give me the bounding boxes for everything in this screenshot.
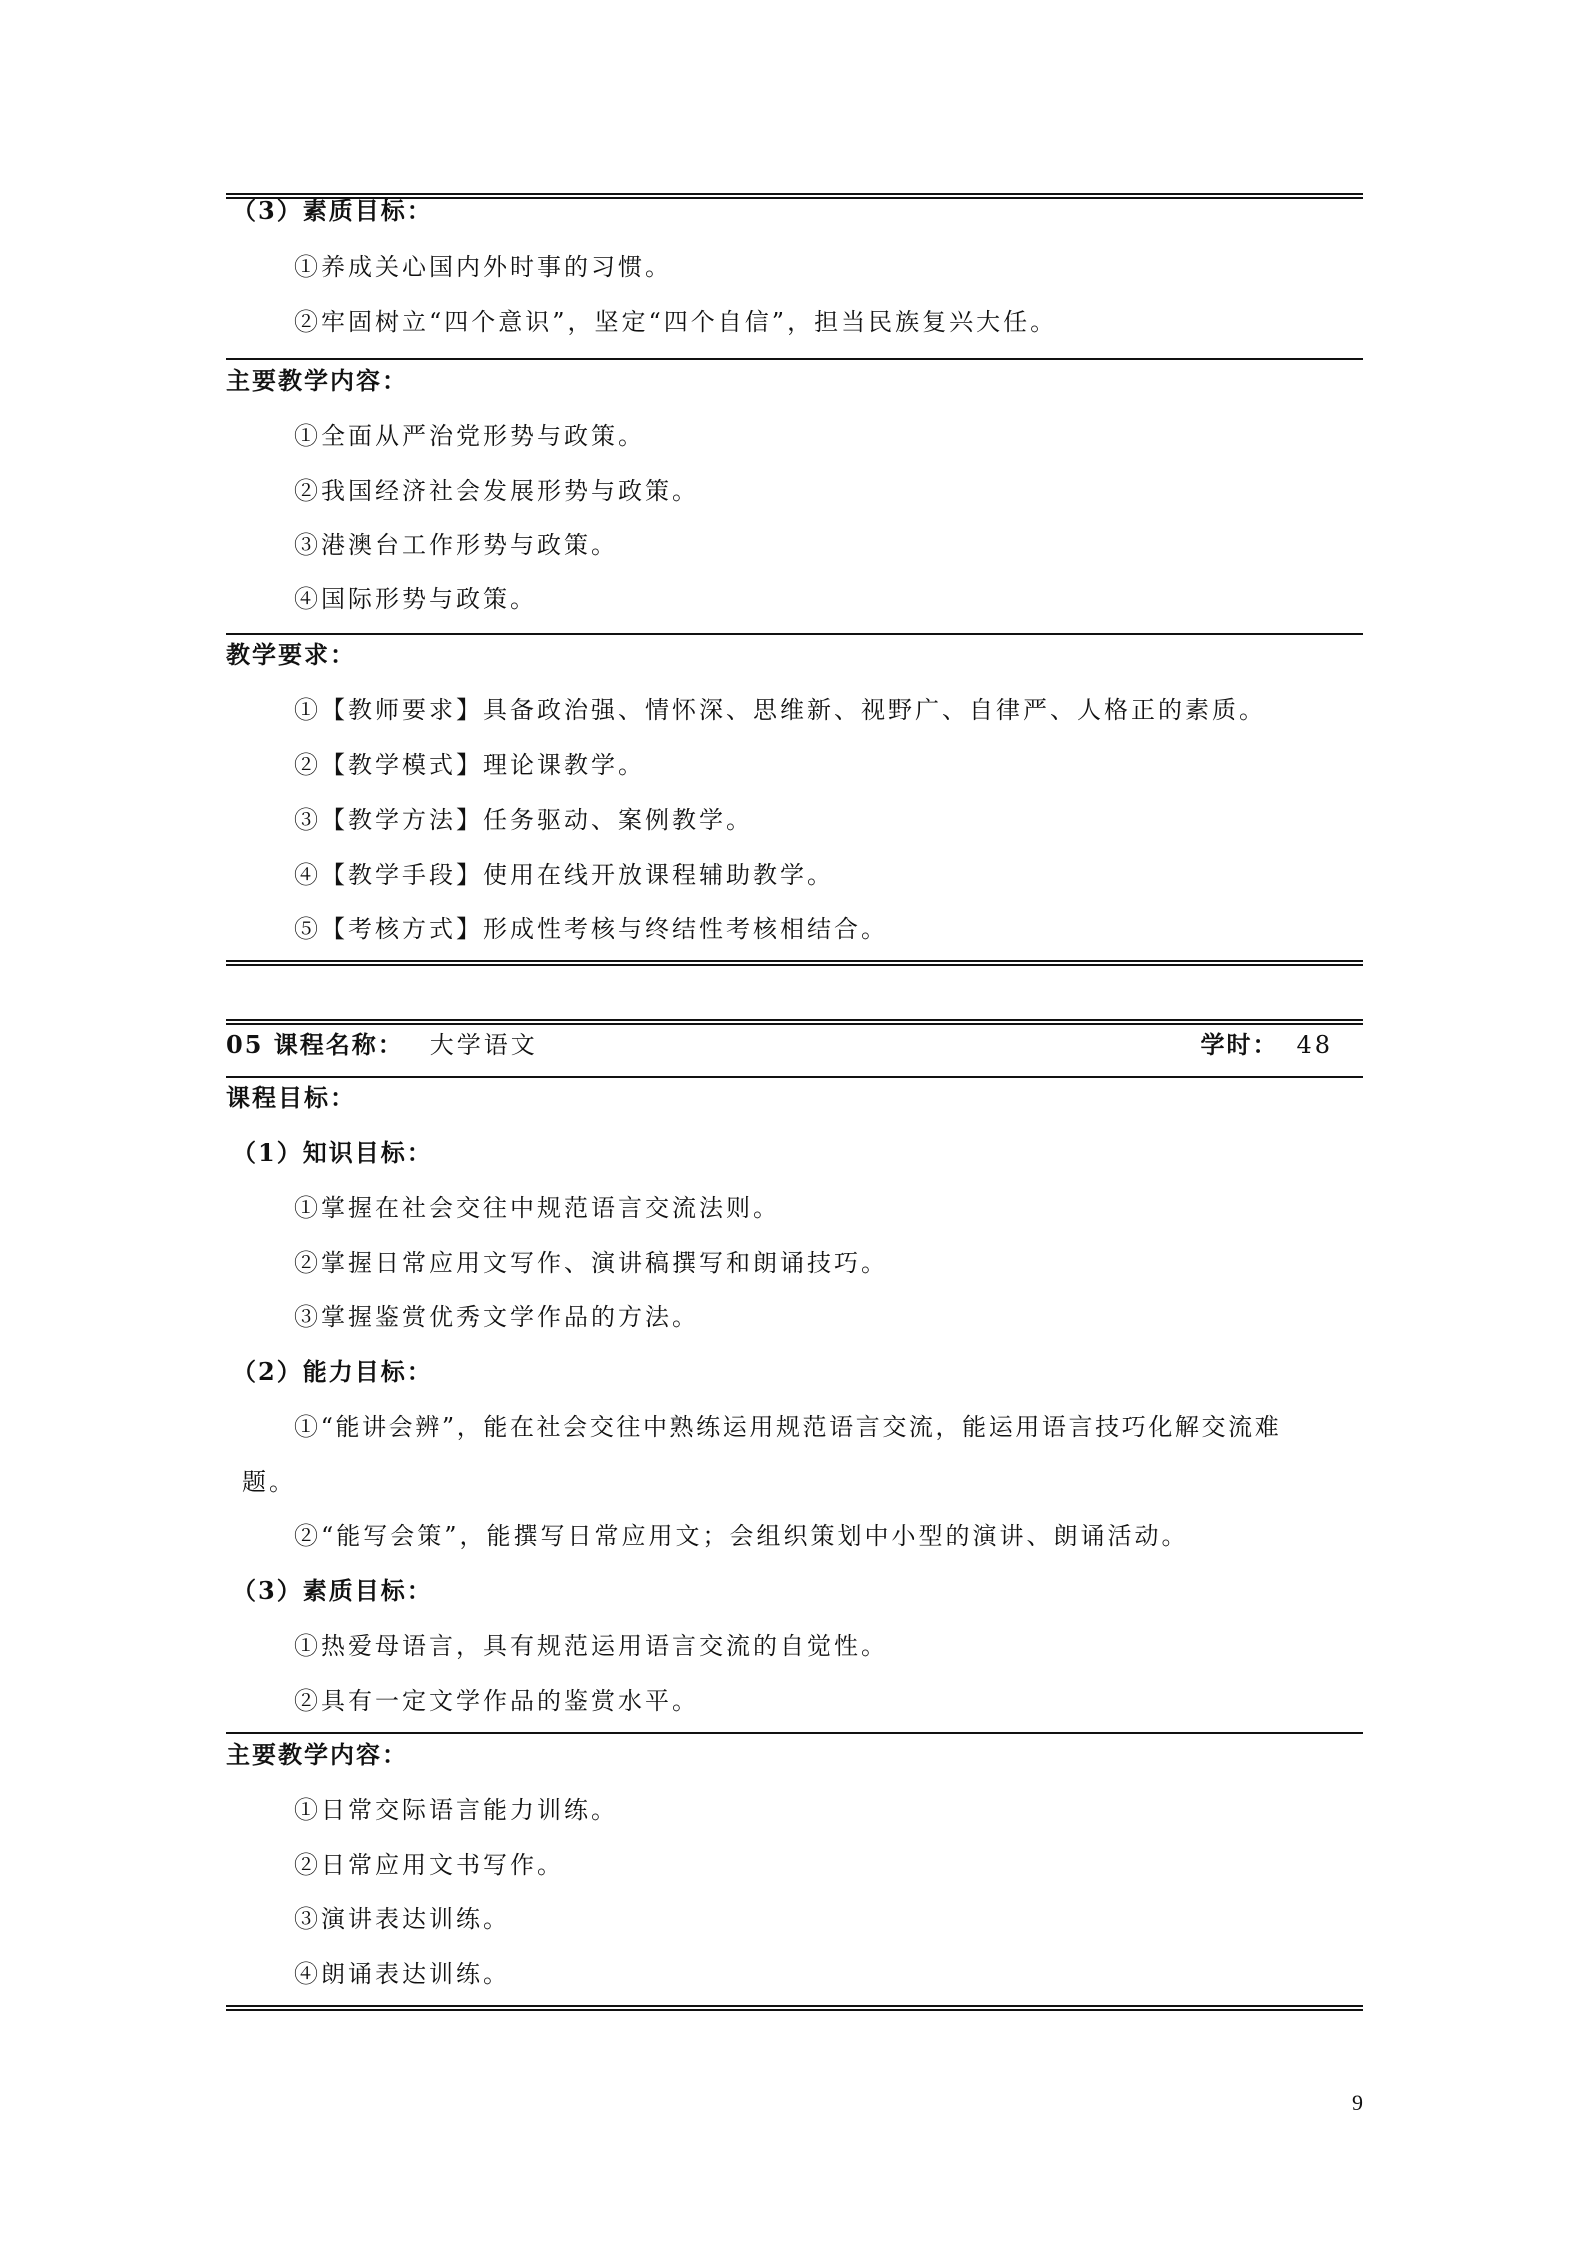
table-bottom-rule bbox=[226, 2005, 1363, 2011]
list-item: ③港澳台工作形势与政策。 bbox=[294, 530, 618, 560]
quality-goals-label: （3）素质目标： bbox=[232, 196, 433, 226]
list-item: ②“能写会策”，能撰写日常应用文；会组织策划中小型的演讲、朗诵活动。 bbox=[294, 1521, 1189, 1551]
list-item: ③【教学方法】任务驱动、案例教学。 bbox=[294, 805, 753, 835]
list-item: ③演讲表达训练。 bbox=[294, 1904, 510, 1934]
list-item: ④【教学手段】使用在线开放课程辅助教学。 bbox=[294, 860, 834, 890]
hours-label: 学时： bbox=[1200, 1030, 1278, 1059]
list-item: ②日常应用文书写作。 bbox=[294, 1850, 564, 1880]
list-item: ②掌握日常应用文写作、演讲稿撰写和朗诵技巧。 bbox=[294, 1248, 888, 1278]
list-item: ①掌握在社会交往中规范语言交流法则。 bbox=[294, 1193, 780, 1223]
main-content-label: 主要教学内容： bbox=[226, 366, 408, 396]
list-item: ①“能讲会辨”，能在社会交往中熟练运用规范语言交流，能运用语言技巧化解交流难 bbox=[294, 1412, 1281, 1442]
list-item: ①日常交际语言能力训练。 bbox=[294, 1795, 618, 1825]
list-item: ③掌握鉴赏优秀文学作品的方法。 bbox=[294, 1302, 699, 1332]
list-item: ①热爱母语言，具有规范运用语言交流的自觉性。 bbox=[294, 1631, 888, 1661]
course-objectives-label: 课程目标： bbox=[226, 1083, 356, 1113]
list-item: ④朗诵表达训练。 bbox=[294, 1959, 510, 1989]
list-item-continuation: 题。 bbox=[242, 1467, 296, 1497]
section-divider bbox=[226, 358, 1363, 360]
list-item: ①养成关心国内外时事的习惯。 bbox=[294, 252, 672, 282]
section-divider bbox=[226, 633, 1363, 635]
main-content-label: 主要教学内容： bbox=[226, 1740, 408, 1770]
list-item: ①【教师要求】具备政治强、情怀深、思维新、视野广、自律严、人格正的素质。 bbox=[294, 695, 1266, 725]
page-number: 9 bbox=[1352, 2090, 1363, 2116]
section-divider bbox=[226, 1732, 1363, 1734]
hours-value: 48 bbox=[1296, 1031, 1333, 1059]
course-hours: 学时：48 bbox=[1200, 1030, 1333, 1060]
list-item: ②具有一定文学作品的鉴赏水平。 bbox=[294, 1686, 699, 1716]
teaching-requirements-label: 教学要求： bbox=[226, 640, 356, 670]
table-bottom-rule bbox=[226, 960, 1363, 966]
list-item: ②【教学模式】理论课教学。 bbox=[294, 750, 645, 780]
list-item: ④国际形势与政策。 bbox=[294, 584, 537, 614]
course-header: 05 课程名称：大学语文 学时：48 bbox=[226, 1030, 1363, 1060]
list-item: ⑤【考核方式】形成性考核与终结性考核相结合。 bbox=[294, 914, 888, 944]
knowledge-goals-label: （1）知识目标： bbox=[232, 1138, 433, 1168]
list-item: ①全面从严治党形势与政策。 bbox=[294, 421, 645, 451]
list-item: ②牢固树立“四个意识”，坚定“四个自信”，担当民族复兴大任。 bbox=[294, 307, 1057, 337]
table-top-rule bbox=[226, 1019, 1363, 1025]
quality-goals-label: （3）素质目标： bbox=[232, 1576, 433, 1606]
course-name: 大学语文 bbox=[430, 1031, 538, 1059]
section-divider bbox=[226, 1076, 1363, 1078]
course-number-label: 05 课程名称： bbox=[226, 1030, 404, 1059]
ability-goals-label: （2）能力目标： bbox=[232, 1357, 433, 1387]
list-item: ②我国经济社会发展形势与政策。 bbox=[294, 476, 699, 506]
